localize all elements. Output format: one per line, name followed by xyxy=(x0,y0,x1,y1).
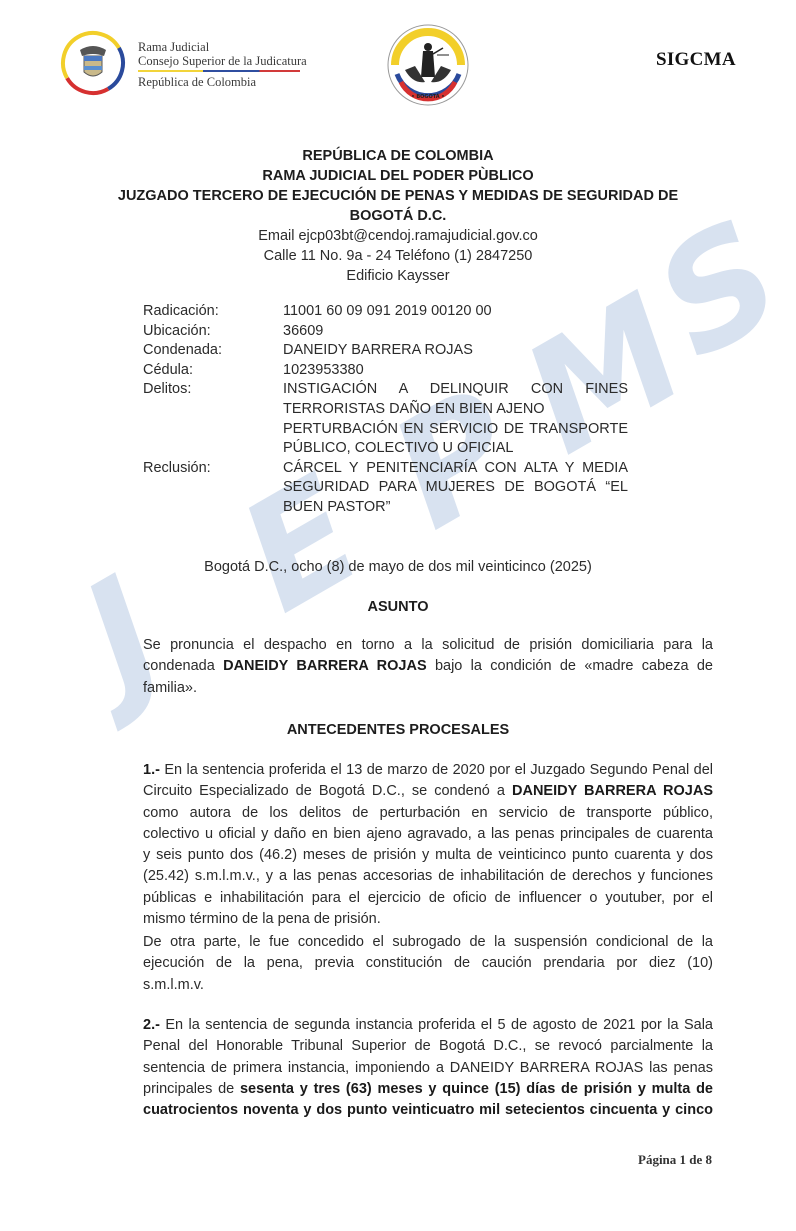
reclusion-line: BUEN PASTOR” xyxy=(283,498,628,518)
antecedente-2-paragraph: 2.- En la sentencia de segunda instancia… xyxy=(143,1015,713,1121)
cedula-value: 1023953380 xyxy=(283,361,628,381)
info-row-ubicacion: Ubicación: 36609 xyxy=(143,322,628,342)
sigcma-label: SIGCMA xyxy=(656,49,736,71)
info-row-reclusion: Reclusión: CÁRCEL Y PENITENCIARÍA CON AL… xyxy=(143,459,628,518)
heading-republica: REPÚBLICA DE COLOMBIA xyxy=(0,146,796,166)
reclusion-label: Reclusión: xyxy=(143,459,283,518)
page-number: Página 1 de 8 xyxy=(638,1152,712,1168)
asunto-line-3: familia». xyxy=(143,678,713,699)
para-text: En la sentencia proferida el 13 de marzo… xyxy=(160,762,713,778)
antecedente-1b-line: De otra parte, le fue concedido el subro… xyxy=(143,932,713,953)
para-text: Circuito Especializado de Bogotá D.C., s… xyxy=(143,783,512,799)
wordmark-line-2: Consejo Superior de la Judicatura xyxy=(138,54,307,68)
radicacion-value: 11001 60 09 091 2019 00120 00 xyxy=(283,302,628,322)
para-text: En la sentencia de segunda instancia pro… xyxy=(160,1017,713,1033)
antecedente-2-line: cuatrocientos noventa y dos punto veinti… xyxy=(143,1100,713,1121)
reclusion-value: CÁRCEL Y PENITENCIARÍA CON ALTA Y MEDIA … xyxy=(283,459,628,518)
antecedente-1-paragraph: 1.- En la sentencia proferida el 13 de m… xyxy=(143,760,713,930)
condenada-label: Condenada: xyxy=(143,341,283,361)
delitos-label: Delitos: xyxy=(143,380,283,458)
antecedente-2-line: 2.- En la sentencia de segunda instancia… xyxy=(143,1015,713,1036)
sentence-bold: sesenta y tres (63) meses y quince (15) … xyxy=(240,1081,713,1097)
asunto-text: bajo la condición de «madre cabeza de xyxy=(427,658,713,674)
court-email: Email ejcp03bt@cendoj.ramajudicial.gov.c… xyxy=(0,226,796,246)
antecedente-1-line: como autora de los delitos de perturbaci… xyxy=(143,803,713,824)
document-page: J E P M S Rama Judicial Consejo Superior… xyxy=(0,0,796,1231)
rama-judicial-wordmark: Rama Judicial Consejo Superior de la Jud… xyxy=(138,40,307,89)
delitos-line: PÚBLICO, COLECTIVO U OFICIAL xyxy=(283,439,628,459)
sentence-bold: cuatrocientos noventa y dos punto veinti… xyxy=(143,1102,713,1118)
delitos-line: PERTURBACIÓN EN SERVICIO DE TRANSPORTE xyxy=(283,420,628,440)
reclusion-line: SEGURIDAD PARA MUJERES DE BOGOTÁ “EL xyxy=(283,478,628,498)
condenada-name-bold: DANEIDY BARRERA ROJAS xyxy=(223,658,427,674)
antecedente-1-line: colectivo u oficial y daño en bien ajeno… xyxy=(143,824,713,845)
antecedente-1b-line: s.m.l.m.v. xyxy=(143,975,713,996)
item-number: 1.- xyxy=(143,762,160,778)
heading-bogota: BOGOTÁ D.C. xyxy=(0,206,796,226)
asunto-paragraph: Se pronuncia el despacho en torno a la s… xyxy=(143,635,713,699)
delitos-line: INSTIGACIÓN A DELINQUIR CON FINES xyxy=(283,380,628,400)
antecedentes-heading: ANTECEDENTES PROCESALES xyxy=(0,722,796,738)
item-number: 2.- xyxy=(143,1017,160,1033)
antecedente-1-line: mismo término de la pena de prisión. xyxy=(143,909,713,930)
antecedente-1-line: 1.- En la sentencia proferida el 13 de m… xyxy=(143,760,713,781)
heading-rama: RAMA JUDICIAL DEL PODER PÙBLICO xyxy=(0,166,796,186)
antecedente-1-line: (25.42) s.m.l.m.v., y a las penas acceso… xyxy=(143,866,713,887)
radicacion-label: Radicación: xyxy=(143,302,283,322)
case-info-table: Radicación: 11001 60 09 091 2019 00120 0… xyxy=(143,302,628,518)
antecedente-1-line: públicas e inhabilitación para el ejerci… xyxy=(143,888,713,909)
antecedente-2-line: sentencia de primera instancia, imponien… xyxy=(143,1058,713,1079)
rama-judicial-logo-icon xyxy=(60,30,126,96)
antecedente-1-line: Circuito Especializado de Bogotá D.C., s… xyxy=(143,781,713,802)
info-row-delitos: Delitos: INSTIGACIÓN A DELINQUIR CON FIN… xyxy=(143,380,628,458)
asunto-line-2: condenada DANEIDY BARRERA ROJAS bajo la … xyxy=(143,656,713,677)
antecedente-2-line: Penal del Honorable Tribunal Superior de… xyxy=(143,1036,713,1057)
antecedente-1b-line: ejecución de la pena, previa constitució… xyxy=(143,953,713,974)
heading-juzgado: JUZGADO TERCERO DE EJECUCIÓN DE PENAS Y … xyxy=(0,186,796,206)
asunto-text: condenada xyxy=(143,658,223,674)
court-address: Calle 11 No. 9a - 24 Teléfono (1) 284725… xyxy=(0,246,796,266)
court-heading: REPÚBLICA DE COLOMBIA RAMA JUDICIAL DEL … xyxy=(0,146,796,286)
ejecucion-penas-seal-icon: • BOGOTÁ • xyxy=(385,22,471,108)
cedula-label: Cédula: xyxy=(143,361,283,381)
date-line: Bogotá D.C., ocho (8) de mayo de dos mil… xyxy=(0,557,796,577)
condenada-name-bold: DANEIDY BARRERA ROJAS xyxy=(512,783,713,799)
condenada-value: DANEIDY BARRERA ROJAS xyxy=(283,341,628,361)
antecedente-1b-paragraph: De otra parte, le fue concedido el subro… xyxy=(143,932,713,996)
delitos-value: INSTIGACIÓN A DELINQUIR CON FINES TERROR… xyxy=(283,380,628,458)
tricolor-rule xyxy=(138,70,300,72)
antecedente-2-line: principales de sesenta y tres (63) meses… xyxy=(143,1079,713,1100)
info-row-condenada: Condenada: DANEIDY BARRERA ROJAS xyxy=(143,341,628,361)
wordmark-line-1: Rama Judicial xyxy=(138,40,307,54)
ubicacion-value: 36609 xyxy=(283,322,628,342)
wordmark-line-3: República de Colombia xyxy=(138,75,307,89)
info-row-radicacion: Radicación: 11001 60 09 091 2019 00120 0… xyxy=(143,302,628,322)
asunto-line-1: Se pronuncia el despacho en torno a la s… xyxy=(143,635,713,656)
reclusion-line: CÁRCEL Y PENITENCIARÍA CON ALTA Y MEDIA xyxy=(283,459,628,479)
para-text: principales de xyxy=(143,1081,240,1097)
delitos-line: TERRORISTAS DAÑO EN BIEN AJENO xyxy=(283,400,628,420)
asunto-heading: ASUNTO xyxy=(0,599,796,615)
ubicacion-label: Ubicación: xyxy=(143,322,283,342)
court-building: Edificio Kaysser xyxy=(0,266,796,286)
svg-text:• BOGOTÁ •: • BOGOTÁ • xyxy=(411,93,444,100)
antecedente-1-line: y seis punto dos (46.2) meses de prisión… xyxy=(143,845,713,866)
info-row-cedula: Cédula: 1023953380 xyxy=(143,361,628,381)
